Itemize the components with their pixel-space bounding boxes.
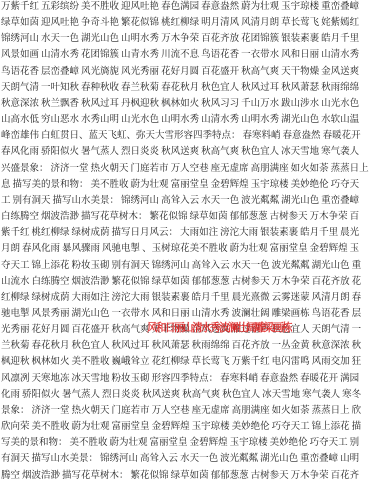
- idiom-text-body: 万紫千红 五彩缤纷 美不胜收 迎风吐艳 春色满园 春意盎然 蔚为壮观 玉宇琼楼 …: [1, 0, 376, 484]
- document-page: 万紫千红 五彩缤纷 美不胜收 迎风吐艳 春色满园 春意盎然 蔚为壮观 玉宇琼楼 …: [0, 0, 376, 500]
